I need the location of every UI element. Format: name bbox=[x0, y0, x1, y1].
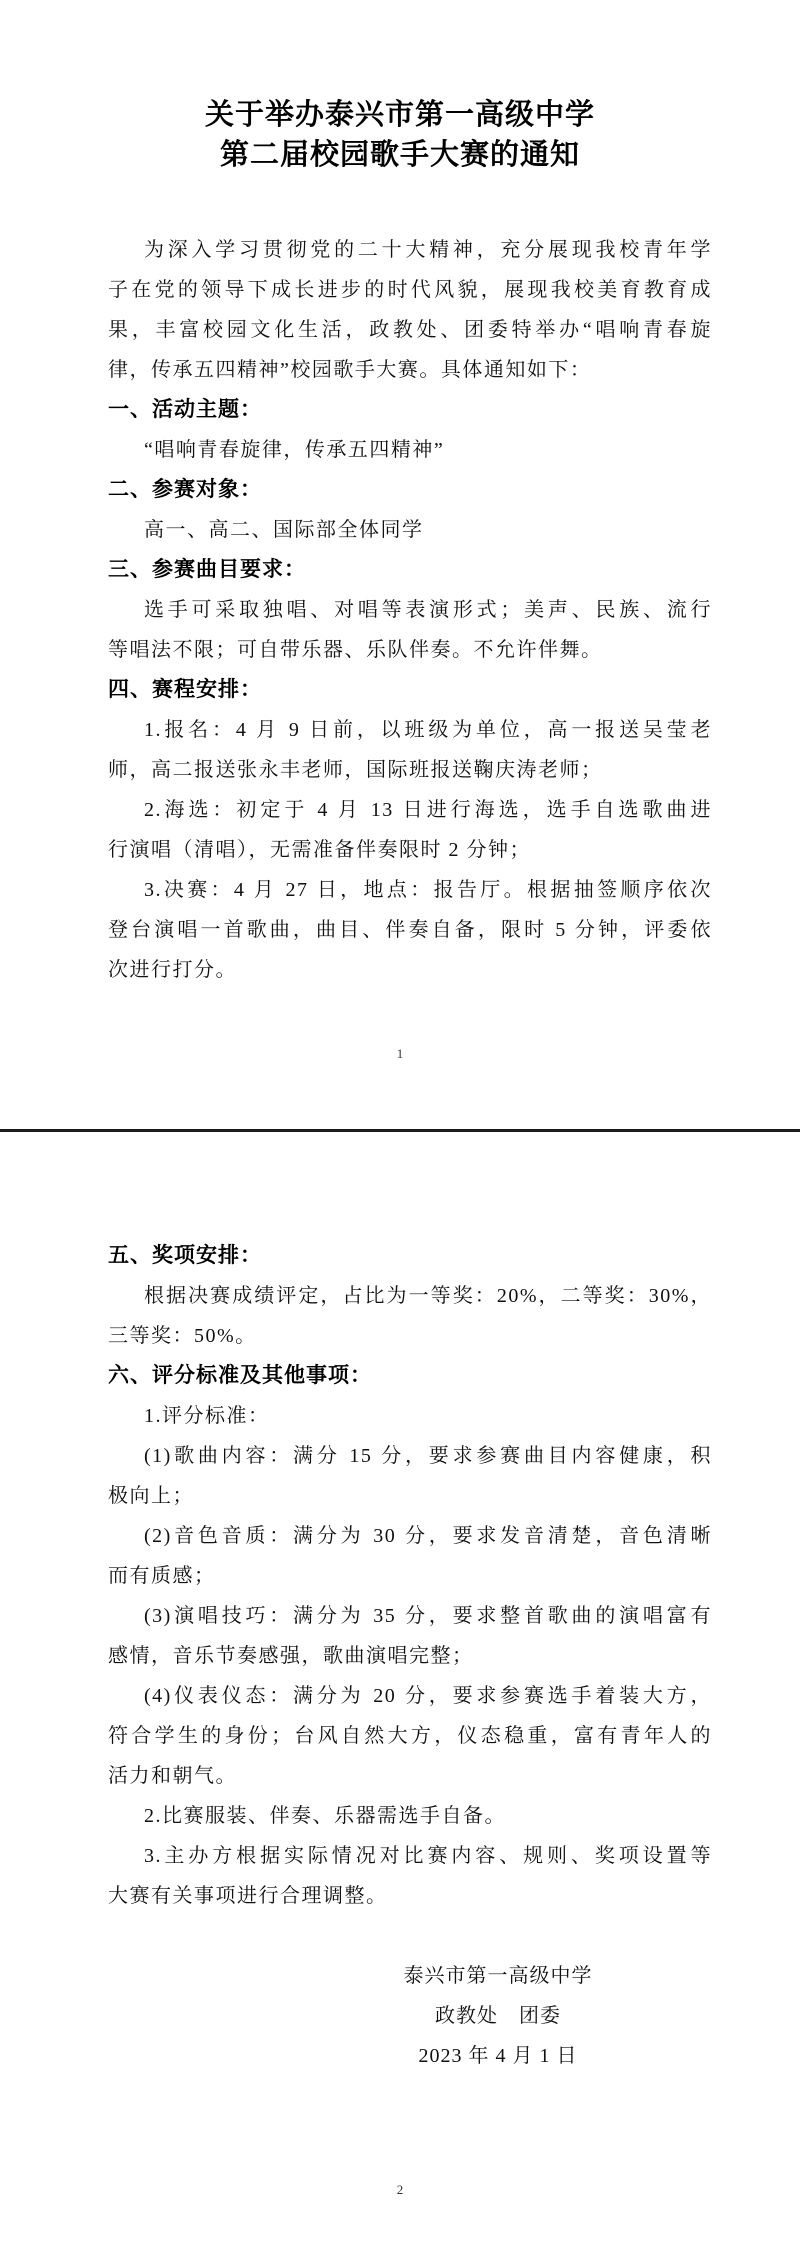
body-line: 符合学生的身份；台风自然大方，仪态稳重，富有青年人的 bbox=[108, 1716, 712, 1756]
body-line: 活力和朝气。 bbox=[108, 1756, 712, 1796]
body-line: 高一、高二、国际部全体同学 bbox=[108, 510, 712, 550]
body-line: 大赛有关事项进行合理调整。 bbox=[108, 1876, 712, 1916]
body-line: (1)歌曲内容：满分 15 分，要求参赛曲目内容健康，积 bbox=[108, 1436, 712, 1476]
body-line: “唱响青春旋律，传承五四精神” bbox=[108, 430, 712, 470]
body-line: 子在党的领导下成长进步的时代风貌，展现我校美育教育成 bbox=[108, 270, 712, 310]
body-line: (4)仪表仪态：满分为 20 分，要求参赛选手着装大方， bbox=[108, 1676, 712, 1716]
signature-school-name: 泰兴市第一高级中学 bbox=[404, 1956, 593, 1996]
body-line: 2.海选：初定于 4 月 13 日进行海选，选手自选歌曲进 bbox=[108, 790, 712, 830]
body-line: 等唱法不限；可自带乐器、乐队伴奏。不允许伴舞。 bbox=[108, 630, 712, 670]
body-line: 1.评分标准： bbox=[108, 1396, 712, 1436]
page-number-2: 2 bbox=[0, 2182, 800, 2198]
section-heading-4: 四、赛程安排： bbox=[108, 670, 712, 710]
page-2-content: 五、奖项安排： 根据决赛成绩评定，占比为一等奖：20%，二等奖：30%， 三等奖… bbox=[0, 1132, 800, 2076]
page-number-1: 1 bbox=[0, 1046, 800, 1062]
document-title: 关于举办泰兴市第一高级中学 第二届校园歌手大赛的通知 bbox=[0, 0, 800, 175]
title-line-2: 第二届校园歌手大赛的通知 bbox=[0, 135, 800, 175]
body-line: 感情，音乐节奏感强，歌曲演唱完整； bbox=[108, 1636, 712, 1676]
section-heading-6: 六、评分标准及其他事项： bbox=[108, 1356, 712, 1396]
body-line: 登台演唱一首歌曲，曲目、伴奏自备，限时 5 分钟，评委依 bbox=[108, 910, 712, 950]
document-page-1: 关于举办泰兴市第一高级中学 第二届校园歌手大赛的通知 为深入学习贯彻党的二十大精… bbox=[0, 0, 800, 1129]
section-heading-2: 二、参赛对象： bbox=[108, 470, 712, 510]
body-line: 果，丰富校园文化生活，政教处、团委特举办“唱响青春旋 bbox=[108, 310, 712, 350]
body-line: 根据决赛成绩评定，占比为一等奖：20%，二等奖：30%， bbox=[108, 1276, 712, 1316]
section-heading-5: 五、奖项安排： bbox=[108, 1236, 712, 1276]
body-line: 3.主办方根据实际情况对比赛内容、规则、奖项设置等 bbox=[108, 1836, 712, 1876]
body-line: 三等奖：50%。 bbox=[108, 1316, 712, 1356]
signature-block: 泰兴市第一高级中学 政教处 团委 2023 年 4 月 1 日 bbox=[388, 1956, 608, 2076]
body-line: 选手可采取独唱、对唱等表演形式；美声、民族、流行 bbox=[108, 590, 712, 630]
body-line: 为深入学习贯彻党的二十大精神，充分展现我校青年学 bbox=[108, 230, 712, 270]
page-1-content: 为深入学习贯彻党的二十大精神，充分展现我校青年学 子在党的领导下成长进步的时代风… bbox=[0, 230, 800, 990]
signature-date: 2023 年 4 月 1 日 bbox=[419, 2036, 578, 2076]
body-line: 律，传承五四精神”校园歌手大赛。具体通知如下： bbox=[108, 350, 712, 390]
body-line: (3)演唱技巧：满分为 35 分，要求整首歌曲的演唱富有 bbox=[108, 1596, 712, 1636]
section-heading-1: 一、活动主题： bbox=[108, 390, 712, 430]
title-line-1: 关于举办泰兴市第一高级中学 bbox=[0, 95, 800, 135]
body-line: 行演唱（清唱），无需准备伴奏限时 2 分钟； bbox=[108, 830, 712, 870]
body-line: 1.报名：4 月 9 日前，以班级为单位，高一报送吴莹老 bbox=[108, 710, 712, 750]
body-line: 次进行打分。 bbox=[108, 950, 712, 990]
body-line: 师，高二报送张永丰老师，国际班报送鞠庆涛老师； bbox=[108, 750, 712, 790]
signature-departments: 政教处 团委 bbox=[435, 1996, 561, 2036]
body-line: (2)音色音质：满分为 30 分，要求发音清楚，音色清晰 bbox=[108, 1516, 712, 1556]
body-line: 2.比赛服装、伴奏、乐器需选手自备。 bbox=[108, 1796, 712, 1836]
section-heading-3: 三、参赛曲目要求： bbox=[108, 550, 712, 590]
body-line: 而有质感； bbox=[108, 1556, 712, 1596]
body-line: 3.决赛：4 月 27 日，地点：报告厅。根据抽签顺序依次 bbox=[108, 870, 712, 910]
document-page-2: 五、奖项安排： 根据决赛成绩评定，占比为一等奖：20%，二等奖：30%， 三等奖… bbox=[0, 1132, 800, 2265]
body-line: 极向上； bbox=[108, 1476, 712, 1516]
